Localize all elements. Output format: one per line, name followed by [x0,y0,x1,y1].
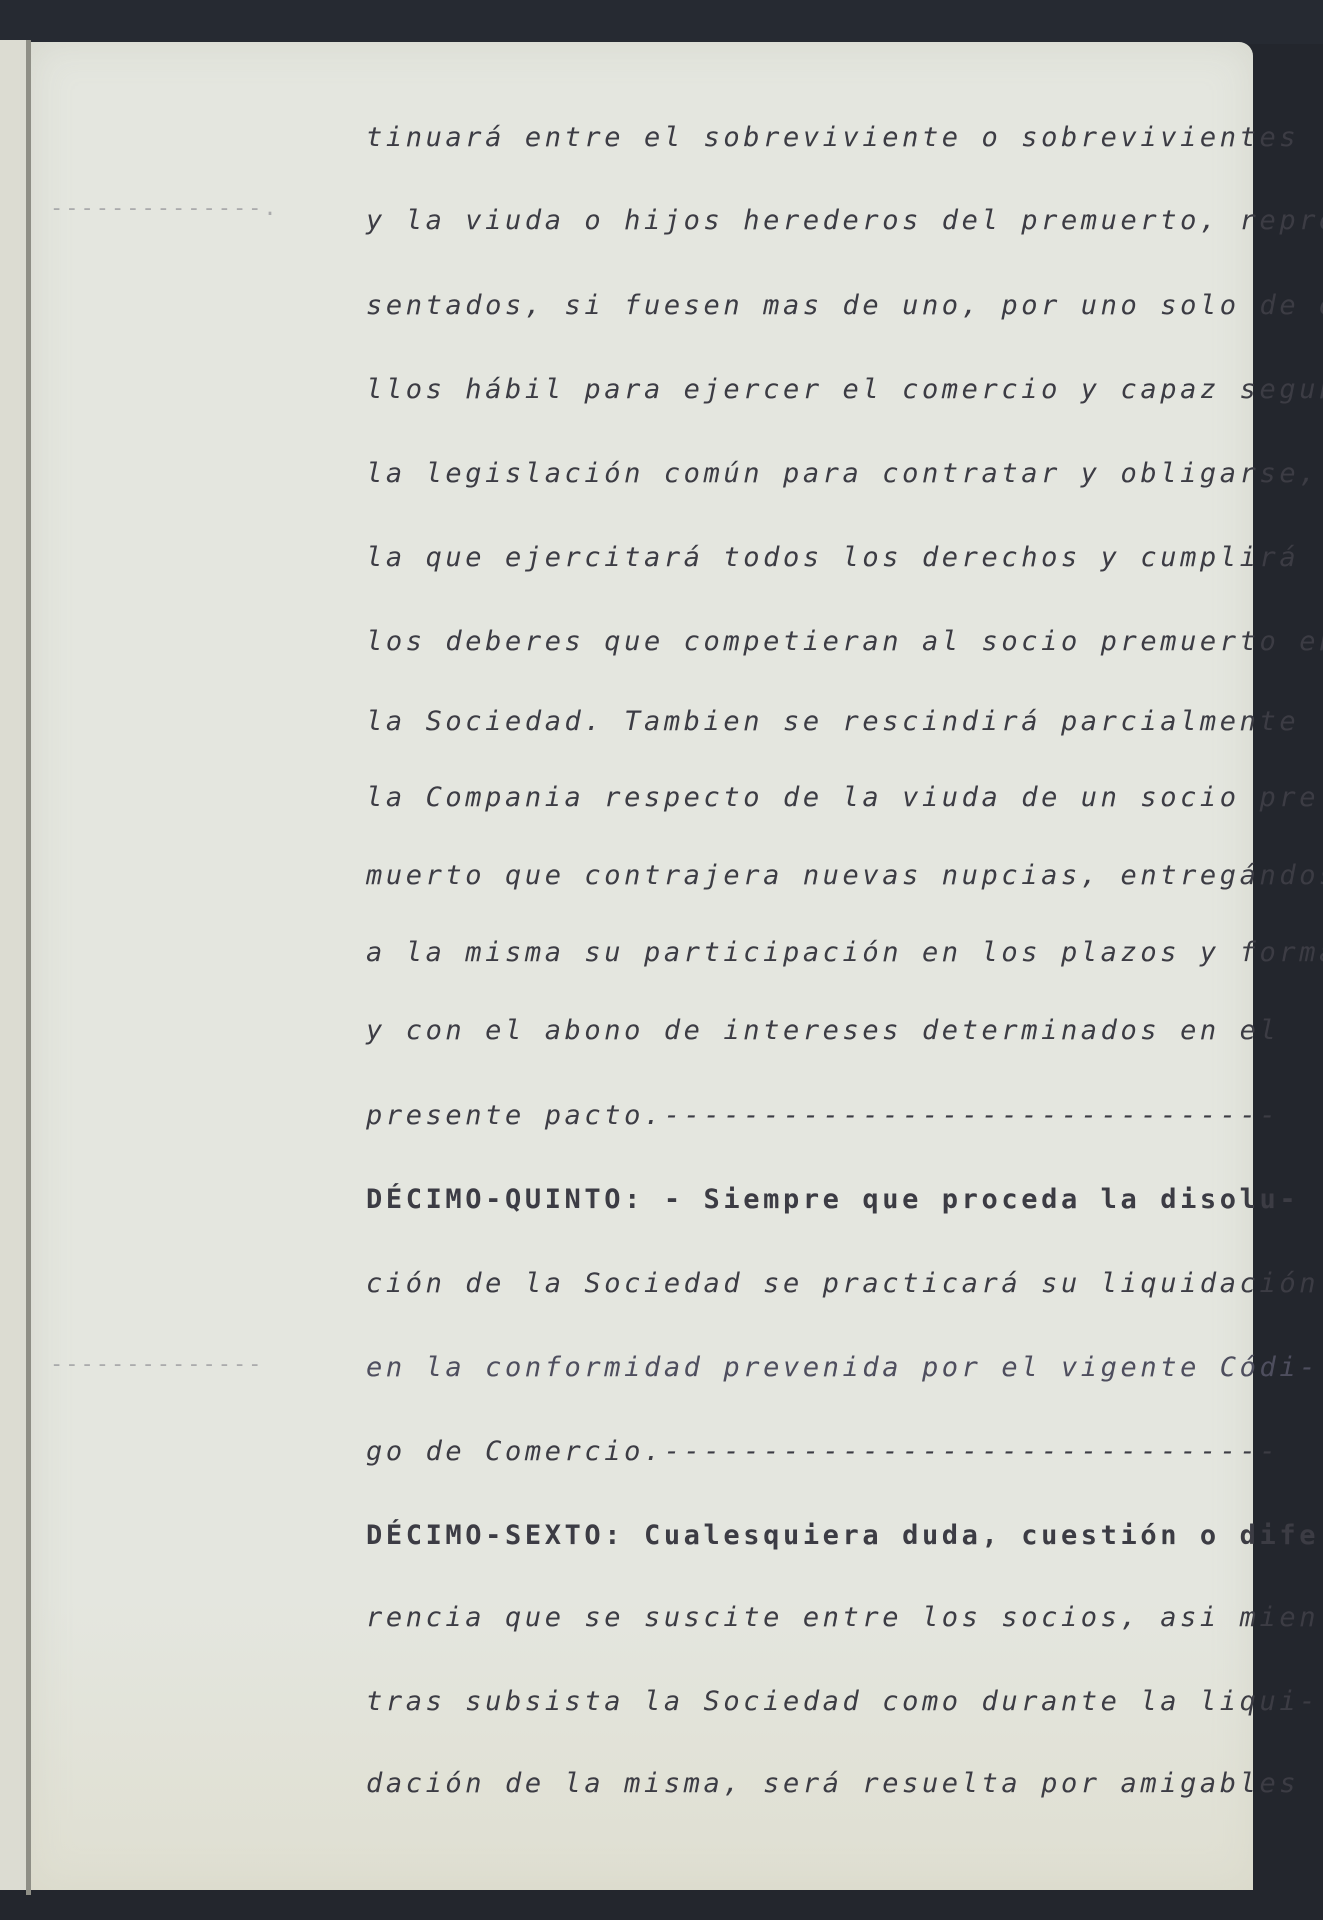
text-line: go de Comercio.-------------------------… [366,1436,1279,1467]
clause-heading-16: DÉCIMO-SEXTO: Cualesquiera duda, cuestió… [366,1520,1323,1551]
text-line: sentados, si fuesen mas de uno, por uno … [366,290,1323,321]
text-line: la Sociedad. Tambien se rescindirá parci… [366,706,1299,737]
text-line: rencia que se suscite entre los socios, … [366,1602,1323,1633]
text-line: dación de la misma, será resuelta por am… [366,1768,1299,1799]
text-line: tras subsista la Sociedad como durante l… [366,1686,1319,1717]
text-line: tinuará entre el sobreviviente o sobrevi… [366,122,1299,153]
text-line: presente pacto.-------------------------… [366,1100,1279,1131]
margin-dash-fill: --------------. [50,196,279,221]
text-line: los deberes que competieran al socio pre… [366,626,1323,657]
paper-discoloration [31,1600,1253,1890]
previous-page-edge [0,40,26,1890]
text-line: la legislación común para contratar y ob… [366,458,1319,489]
text-line: a la misma su participación en los plazo… [366,937,1323,968]
text-line: y con el abono de intereses determinados… [366,1015,1279,1046]
clause-heading-15: DÉCIMO-QUINTO: - Siempre que proceda la … [366,1184,1299,1215]
text-line: en la conformidad prevenida por el vigen… [366,1352,1319,1383]
text-line: y la viuda o hijos herederos del premuer… [366,205,1323,236]
text-line: muerto que contrajera nuevas nupcias, en… [366,860,1323,891]
text-line: la que ejercitará todos los derechos y c… [366,542,1299,573]
margin-dash-fill: -------------- [50,1352,263,1377]
text-line: ción de la Sociedad se practicará su liq… [366,1268,1319,1299]
text-line: llos hábil para ejercer el comercio y ca… [366,374,1323,405]
scanner-backdrop [0,0,1323,44]
text-line: la Compania respecto de la viuda de un s… [366,782,1323,813]
